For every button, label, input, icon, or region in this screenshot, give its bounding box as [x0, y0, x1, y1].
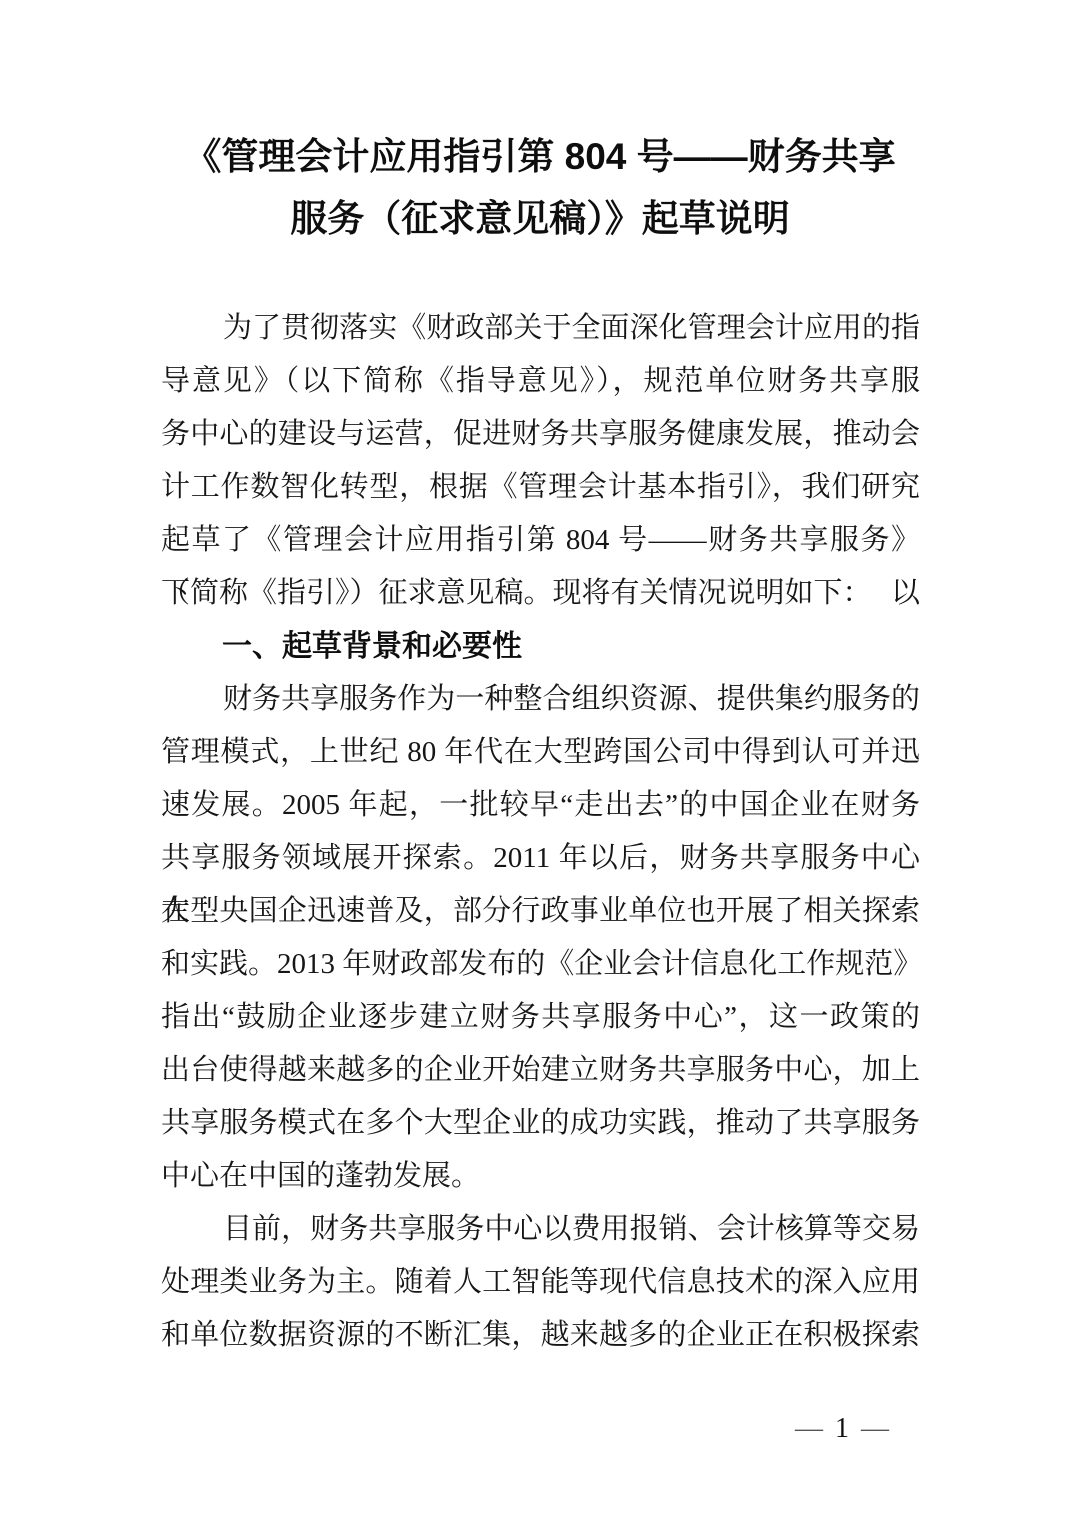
document-title: 《管理会计应用指引第 804 号——财务共享 服务（征求意见稿）》起草说明 — [160, 126, 920, 250]
page-footer: —1— — [795, 1412, 889, 1446]
section1-para1-line-5: 大型央国企迅速普及，部分行政事业单位也开展了相关探索 — [161, 885, 920, 938]
intro-line-2: 导意见》（以下简称《指导意见》），规范单位财务共享服 — [161, 355, 920, 408]
section1-para2-line-2: 处理类业务为主。随着人工智能等现代信息技术的深入应用 — [161, 1256, 920, 1309]
section1-para1-line-10: 中心在中国的蓬勃发展。 — [161, 1150, 920, 1203]
intro-line-3: 务中心的建设与运营，促进财务共享服务健康发展，推动会 — [161, 408, 920, 461]
section1-para1-line-1: 财务共享服务作为一种整合组织资源、提供集约服务的 — [161, 673, 920, 726]
section1-para1-line-6: 和实践。2013 年财政部发布的《企业会计信息化工作规范》 — [161, 938, 920, 991]
document-title-line-1: 《管理会计应用指引第 804 号——财务共享 — [160, 126, 920, 188]
document-page: 《管理会计应用指引第 804 号——财务共享 服务（征求意见稿）》起草说明 为了… — [0, 0, 1080, 1527]
footer-dash-left: — — [795, 1413, 823, 1444]
section1-para1-line-3: 速发展。2005 年起，一批较早“走出去”的中国企业在财务 — [161, 779, 920, 832]
intro-line-4: 计工作数智化转型，根据《管理会计基本指引》，我们研究 — [161, 461, 920, 514]
document-body: 为了贯彻落实《财政部关于全面深化管理会计应用的指 导意见》（以下简称《指导意见》… — [161, 302, 920, 1362]
page-number: 1 — [835, 1413, 849, 1444]
section1-para1-line-8: 出台使得越来越多的企业开始建立财务共享服务中心，加上 — [161, 1044, 920, 1097]
intro-line-5: 起草了《管理会计应用指引第 804 号——财务共享服务》（以 — [161, 514, 920, 567]
section1-para1-line-7: 指出“鼓励企业逐步建立财务共享服务中心”，这一政策的 — [161, 991, 920, 1044]
section1-para2-line-1: 目前，财务共享服务中心以费用报销、会计核算等交易 — [161, 1203, 920, 1256]
section1-para1-line-4: 共享服务领域展开探索。2011 年以后，财务共享服务中心在 — [161, 832, 920, 885]
document-title-line-2: 服务（征求意见稿）》起草说明 — [160, 188, 920, 250]
footer-dash-right: — — [861, 1413, 889, 1444]
intro-line-1: 为了贯彻落实《财政部关于全面深化管理会计应用的指 — [161, 302, 920, 355]
section1-para1-line-2: 管理模式，上世纪 80 年代在大型跨国公司中得到认可并迅 — [161, 726, 920, 779]
section1-heading: 一、起草背景和必要性 — [161, 620, 920, 673]
section1-para2-line-3: 和单位数据资源的不断汇集，越来越多的企业正在积极探索 — [161, 1309, 920, 1362]
section1-para1-line-9: 共享服务模式在多个大型企业的成功实践，推动了共享服务 — [161, 1097, 920, 1150]
intro-line-6: 下简称《指引》）征求意见稿。现将有关情况说明如下： — [161, 567, 920, 620]
